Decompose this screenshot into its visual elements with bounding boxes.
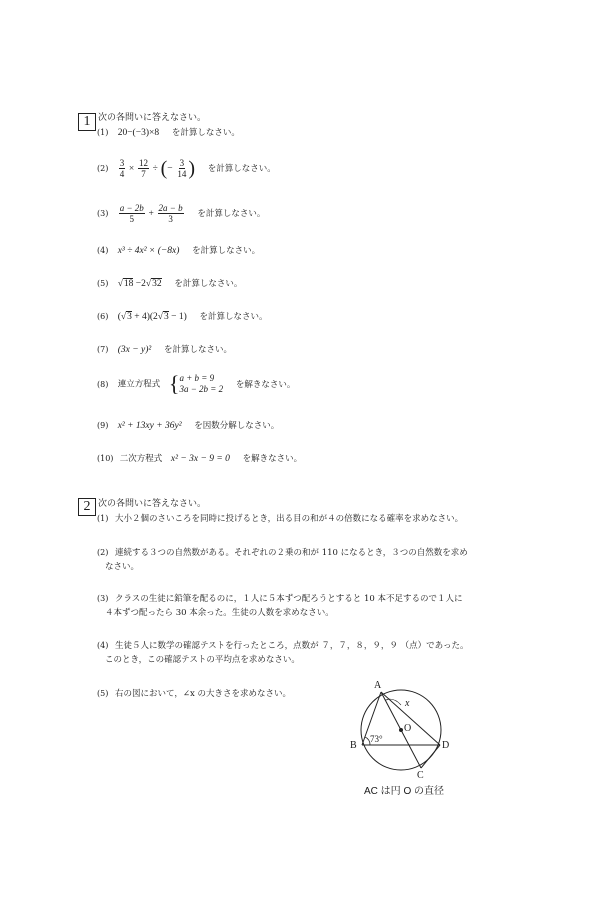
section-1-number-box: 1 <box>78 113 96 131</box>
s1-question-7: (7) (3x − y)² を計算しなさい。 <box>97 344 232 356</box>
s1-question-9: (9) x² + 13xy + 36y² を因数分解しなさい。 <box>97 420 279 432</box>
section-2-number-box: 2 <box>78 498 96 516</box>
s2-question-1: (1)大小２個のさいころを同時に投げるとき，出る目の和が４の倍数になる確率を求め… <box>97 512 463 526</box>
s1-question-8: (8) 連立方程式 {a + b = 93a − 2b = 2 を解きなさい。 <box>97 373 295 395</box>
s2-question-3: (3)クラスの生徒に鉛筆を配るのに，１人に５本ずつ配ろうとすると 10 本不足す… <box>97 592 462 620</box>
s1-question-2: (2) 34 × 127 ÷ (− 314) を計算しなさい。 <box>97 158 276 179</box>
figure-caption: AC は円 O の直径 <box>364 782 444 797</box>
point-a-label: A <box>374 680 381 691</box>
s2-question-2: (2)連続する３つの自然数がある。それぞれの２乗の和が 110 になるとき，３つ… <box>97 546 468 574</box>
fraction: a − 2b5 <box>119 203 145 224</box>
s1-question-10: (10) 二次方程式 x² − 3x − 9 = 0 を解きなさい。 <box>97 453 302 465</box>
s1-question-1: (1) 20−(−3)×8 を計算しなさい。 <box>97 127 240 139</box>
s2-question-5: (5)右の図において，∠x の大きさを求めなさい。 <box>97 687 291 701</box>
section-2-instruction: 次の各問いに答えなさい。 <box>98 496 206 509</box>
angle-x-label: x <box>405 698 409 709</box>
fraction: 2a − b3 <box>158 203 184 224</box>
q1-expression: 20−(−3)×8 <box>118 128 159 138</box>
s1-question-3: (3) a − 2b5 + 2a − b3 を計算しなさい。 <box>97 203 265 224</box>
fraction: 34 <box>119 158 126 179</box>
point-c-label: C <box>417 770 424 781</box>
fraction: 127 <box>138 158 149 179</box>
s1-question-5: (5) √18 −2√32 を計算しなさい。 <box>97 278 242 290</box>
fraction: 314 <box>176 158 187 179</box>
center-o-dot <box>399 728 403 732</box>
equation-system: a + b = 93a − 2b = 2 <box>179 373 223 395</box>
point-b-label: B <box>350 740 357 751</box>
section-1-instruction: 次の各問いに答えなさい。 <box>98 110 206 123</box>
s2-question-4: (4)生徒５人に数学の確認テストを行ったところ，点数が ７，７，８，９，９ （点… <box>97 639 468 667</box>
point-d-label: D <box>442 740 449 751</box>
q4-expression: x³ ÷ 4x² × (−8x) <box>118 246 180 256</box>
s1-question-6: (6) (√3 + 4)(2√3 − 1) を計算しなさい。 <box>97 311 268 323</box>
angle-73-label: 73° <box>370 734 383 744</box>
s1-question-4: (4) x³ ÷ 4x² × (−8x) を計算しなさい。 <box>97 245 260 257</box>
point-o-label: O <box>404 723 411 734</box>
